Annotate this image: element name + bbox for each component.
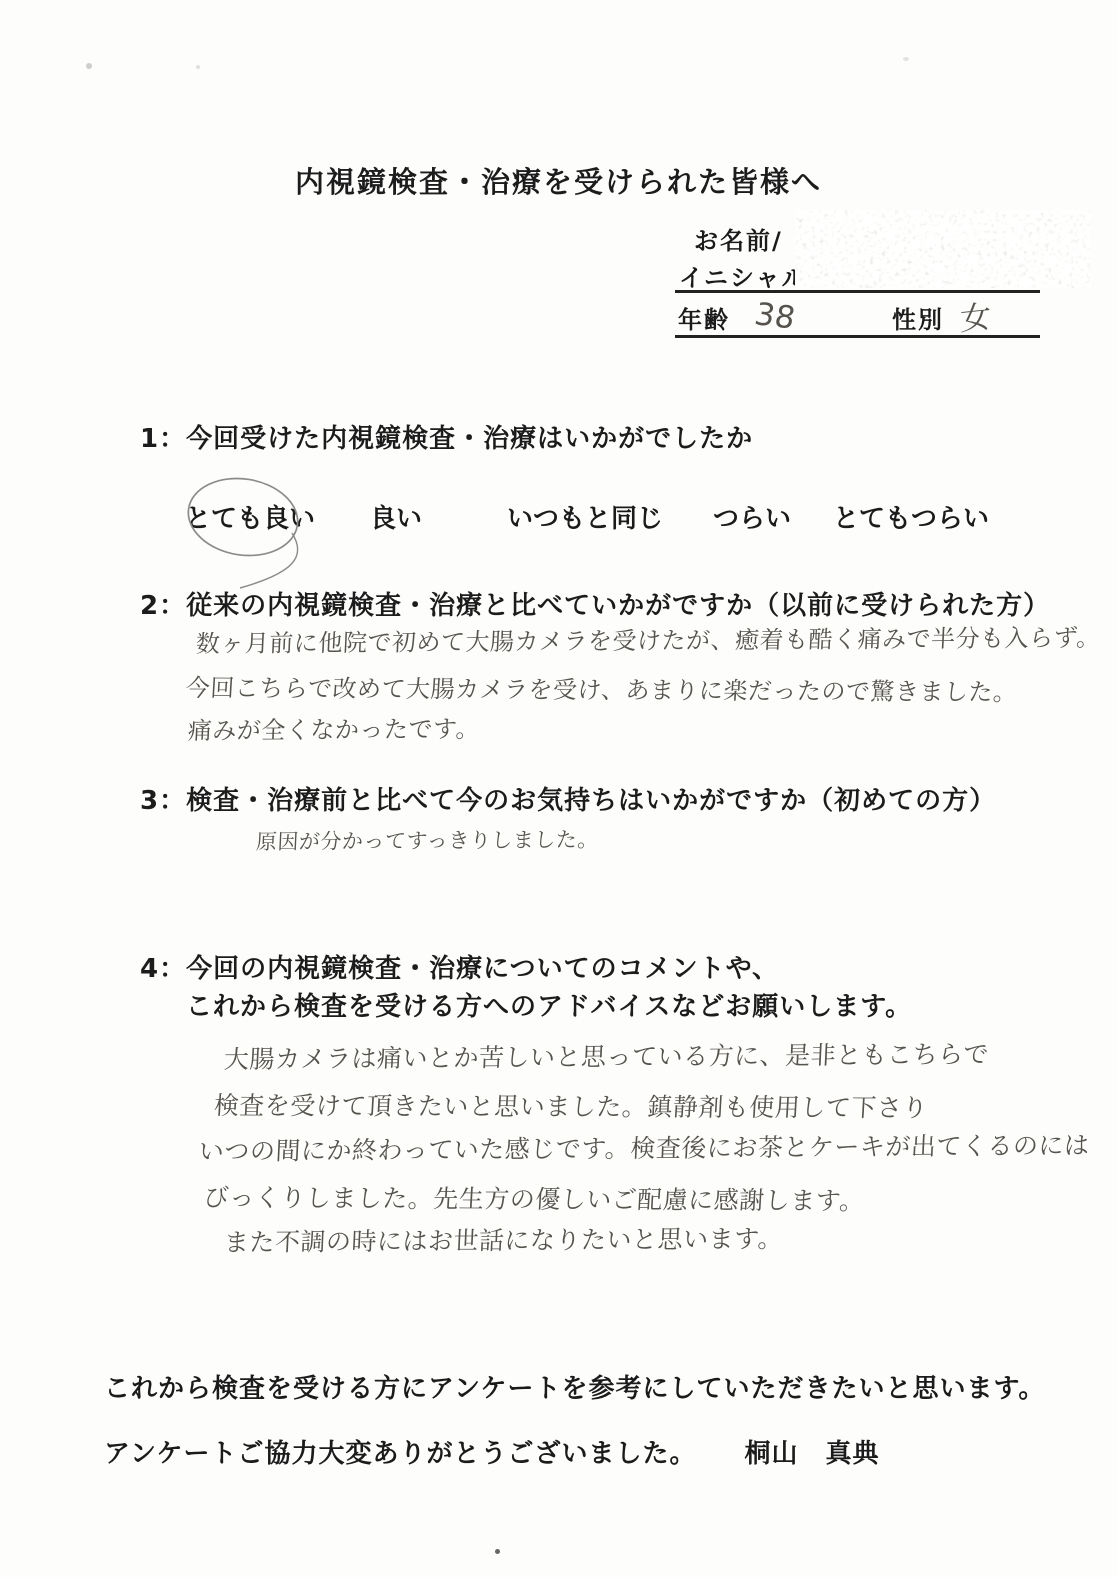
scan-speck (86, 63, 92, 69)
question-2-heading: 2：従来の内視鏡検査・治療と比べていかがですか（以前に受けられた方） (140, 585, 1050, 622)
gender-value-handwritten: 女 (960, 291, 991, 340)
question-3-heading: 3：検査・治療前と比べて今のお気持ちはいかがですか（初めての方） (140, 780, 996, 817)
q4-answer-line: 大腸カメラは痛いとか苦しいと思っている方に、是非ともこちらで (223, 1035, 990, 1076)
scan-dot (495, 1549, 500, 1554)
q2-answer-line: 数ヶ月前に他院で初めて大腸カメラを受けたが、癒着も酷く痛みで半分も入らず。 (195, 618, 1101, 659)
signature: 桐山 真典 (744, 1439, 879, 1469)
option-hard: つらい (713, 498, 791, 535)
q4-answer-line: びっくりしました。先生方の優しいご配慮に感謝します。 (203, 1178, 866, 1217)
q2-answer-line: 痛みが全くなかったです。 (187, 709, 481, 746)
footer-thanks-row: アンケートご協力大変ありがとうございました。桐山 真典 (104, 1433, 879, 1470)
scan-speck (903, 57, 909, 61)
option-good: 良い (370, 498, 422, 535)
q4-answer-line: また不調の時にはお世話になりたいと思います。 (223, 1219, 784, 1259)
divider-line (675, 335, 1040, 338)
age-value-handwritten: 38 (752, 296, 799, 336)
q3-answer-line: 原因が分かってすっきりしました。 (255, 824, 599, 856)
option-very-good: とても良い (185, 498, 315, 535)
q4-answer-line: 検査を受けて頂きたいと思いました。鎮静剤も使用して下さり (213, 1086, 929, 1124)
pixelated-blur (795, 210, 1091, 288)
scanned-questionnaire-page: 内視鏡検査・治療を受けられた皆様へ お名前/ イニシャル 年齢 38 性別 女 … (0, 0, 1117, 1577)
q4-answer-line: いつの間にか終わっていた感じです。検査後にお茶とケーキが出てくるのには (198, 1126, 1090, 1168)
scan-speck (196, 65, 200, 69)
option-very-hard: とてもつらい (833, 498, 989, 535)
age-label: 年齢 (678, 300, 730, 335)
name-label-line2: イニシャル (679, 258, 808, 293)
question-4-heading-line2: これから検査を受ける方へのアドバイスなどお願いします。 (186, 986, 912, 1023)
footer-note: これから検査を受ける方にアンケートを参考にしていただきたいと思います。 (104, 1368, 1045, 1405)
footer-thanks: アンケートご協力大変ありがとうございました。 (104, 1439, 696, 1469)
name-label-line1: お名前/ (694, 221, 783, 256)
question-4-heading-line1: 4：今回の内視鏡検査・治療についてのコメントや、 (140, 948, 779, 985)
question-1-heading: 1：今回受けた内視鏡検査・治療はいかがでしたか (140, 418, 753, 455)
q2-answer-line: 今回こちらで改めて大腸カメラを受け、あまりに楽だったので驚きました。 (185, 668, 1019, 707)
page-title: 内視鏡検査・治療を受けられた皆様へ (0, 160, 1117, 201)
name-value-redacted (795, 210, 1091, 288)
gender-label: 性別 (892, 300, 944, 335)
option-same-as-usual: いつもと同じ (507, 498, 663, 535)
